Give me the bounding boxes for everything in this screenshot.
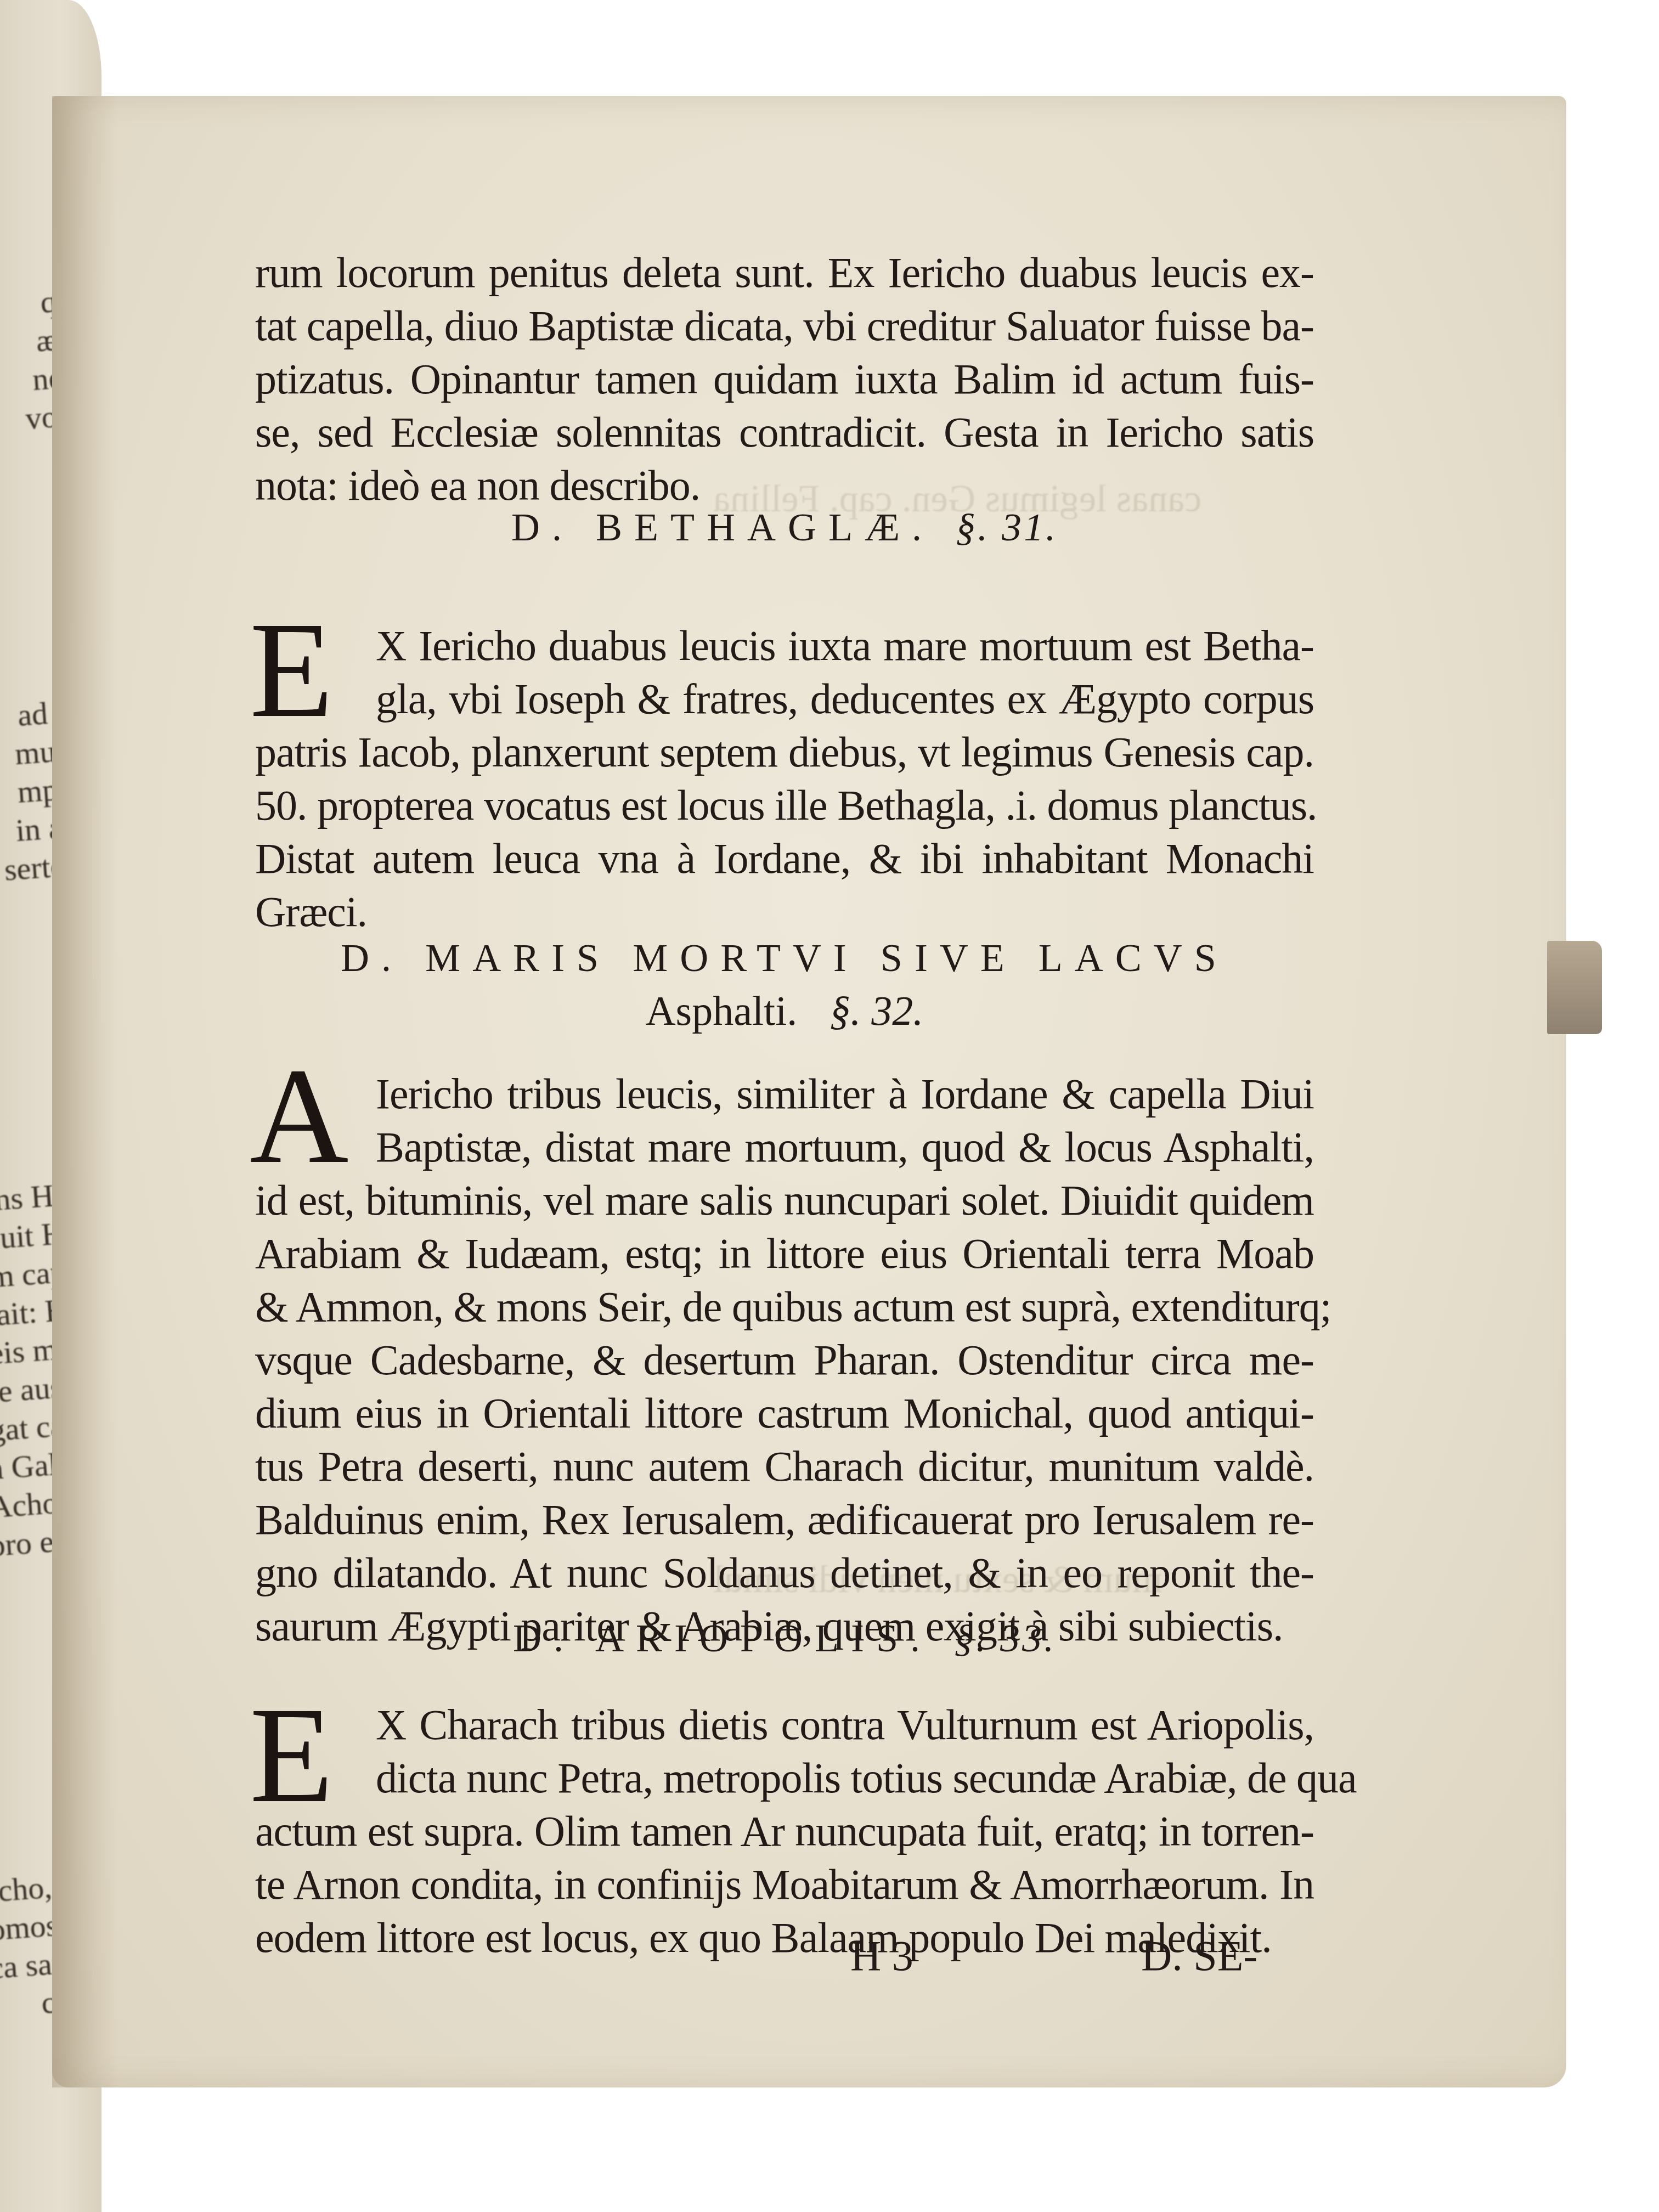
section-heading-ariopolis: D. ARIOPOLIS. §. 33. [255, 1616, 1314, 1661]
text-line: Balduinus enim, Rex Ierusalem, ædificaue… [255, 1493, 1314, 1546]
text-line: X Charach tribus dietis contra Vulturnum… [255, 1698, 1314, 1751]
text-line: Arabiam & Iudæam, estq; in littore eius … [255, 1227, 1314, 1280]
signature-mark: H 3 [850, 1931, 913, 1980]
text-line: tat capella, diuo Baptistæ dicata, vbi c… [255, 299, 1314, 352]
heading-text: D. BETHAGLÆ. [511, 505, 934, 549]
text-line: Baptistæ, distat mare mortuum, quod & lo… [255, 1120, 1314, 1173]
text-line: gla, vbi Ioseph & fratres, deducentes ex… [255, 672, 1314, 725]
section-mark: §. 33. [954, 1616, 1056, 1660]
section-heading-maris-mortui: D. MARIS MORTVI SIVE LACVS [255, 935, 1314, 981]
text-line: & Ammon, & mons Seir, de quibus actum es… [255, 1280, 1314, 1333]
gutter-shadow [52, 96, 118, 2087]
text-line: dicta nunc Petra, metropolis totius secu… [255, 1751, 1314, 1804]
text-line: X Iericho duabus leucis iuxta mare mortu… [255, 619, 1314, 672]
text-line: Græci. [255, 885, 1314, 938]
section-heading-bethaglae: D. BETHAGLÆ. §. 31. [255, 505, 1314, 550]
text-line: vsque Cadesbarne, & desertum Pharan. Ost… [255, 1333, 1314, 1386]
text-line: Iericho tribus leucis, similiter à Iorda… [255, 1067, 1314, 1120]
text-line: dium eius in Orientali littore castrum M… [255, 1386, 1314, 1440]
text-line: 50. propterea vocatus est locus ille Bet… [255, 778, 1314, 832]
text-line: te Arnon condita, in confinijs Moabitaru… [255, 1858, 1314, 1911]
text-line: id est, bituminis, vel mare salis nuncup… [255, 1173, 1314, 1227]
text-line: Distat autem leuca vna à Iordane, & ibi … [255, 832, 1314, 885]
text-line: nota: ideò ea non describo. [255, 459, 1314, 512]
opening-paragraph: rum locorum penitus deleta sunt. Ex Ieri… [255, 246, 1314, 512]
text-line: patris Iacob, planxerunt septem diebus, … [255, 725, 1314, 778]
subheading-text: Asphalti. [646, 988, 798, 1034]
section-subheading: Asphalti. §. 32. [255, 988, 1314, 1035]
text-line: rum locorum penitus deleta sunt. Ex Ieri… [255, 246, 1314, 299]
section-paragraph: X Iericho duabus leucis iuxta mare mortu… [255, 619, 1314, 938]
section-mark: §. 31. [956, 505, 1058, 549]
text-line: actum est supra. Olim tamen Ar nuncupata… [255, 1804, 1314, 1858]
section-paragraph: X Charach tribus dietis contra Vulturnum… [255, 1698, 1314, 1964]
section-mark: §. 32. [830, 988, 923, 1034]
text-line: ptizatus. Opinantur tamen quidam iuxta B… [255, 352, 1314, 405]
page-tab-marker [1547, 941, 1602, 1034]
text-line: se, sed Ecclesiæ solennitas contradicit.… [255, 405, 1314, 459]
catchword: D. SE- [1141, 1931, 1257, 1980]
heading-text: D. ARIOPOLIS. [513, 1616, 932, 1660]
text-line: tus Petra deserti, nunc autem Charach di… [255, 1440, 1314, 1493]
heading-text: D. MARIS MORTVI SIVE LACVS [341, 936, 1228, 980]
text-line: gno dilatando. At nunc Soldanus detinet,… [255, 1546, 1314, 1599]
section-paragraph: Iericho tribus leucis, similiter à Iorda… [255, 1067, 1314, 1652]
